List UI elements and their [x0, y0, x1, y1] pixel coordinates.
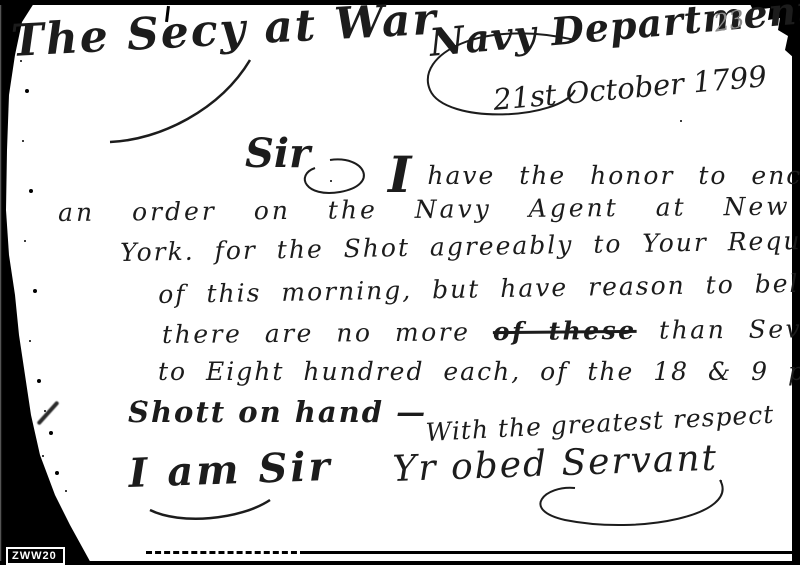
bottom-scan-line	[300, 551, 797, 554]
scanned-letter-page: The Secy at War Navy Department 21st Oct…	[0, 0, 800, 565]
pen-smudge-mark	[36, 401, 59, 426]
body-line-2: an order on the Navy Agent at New	[58, 194, 791, 225]
signature-intro: I am Sir	[128, 447, 333, 494]
scan-edge-left-blotch	[0, 0, 92, 565]
bottom-scan-line-dashed	[146, 551, 306, 554]
body-line-7: Shott on hand —	[128, 398, 427, 427]
body-line-4: of this morning, but have reason to beli…	[158, 270, 800, 307]
closing-respect: With the greatest respect	[425, 402, 775, 445]
addressee-line: The Secy at War	[10, 0, 439, 64]
body-line-5-pre: there are no more	[162, 317, 493, 349]
signature-line: Yr obed Servant	[392, 441, 719, 488]
body-line-3: York. for the Shot agreeably to Your Req…	[120, 227, 800, 265]
scan-edge-bottom	[0, 561, 800, 565]
body-line-5: there are no more of these than Seven	[162, 316, 800, 347]
body-line-1-text: have the honor to enclose,	[427, 161, 800, 190]
page-number-annotation: 23	[712, 7, 746, 36]
body-line-6: to Eight hundred each, of the 18 & 9 pou…	[158, 359, 800, 384]
catalog-label: ZWW20	[6, 547, 65, 565]
letter-date: 21st October 1799	[492, 62, 768, 115]
body-line-5-post: than Seven	[636, 314, 800, 345]
strikethrough-text: of these	[493, 316, 637, 346]
salutation: Sir	[245, 134, 310, 174]
